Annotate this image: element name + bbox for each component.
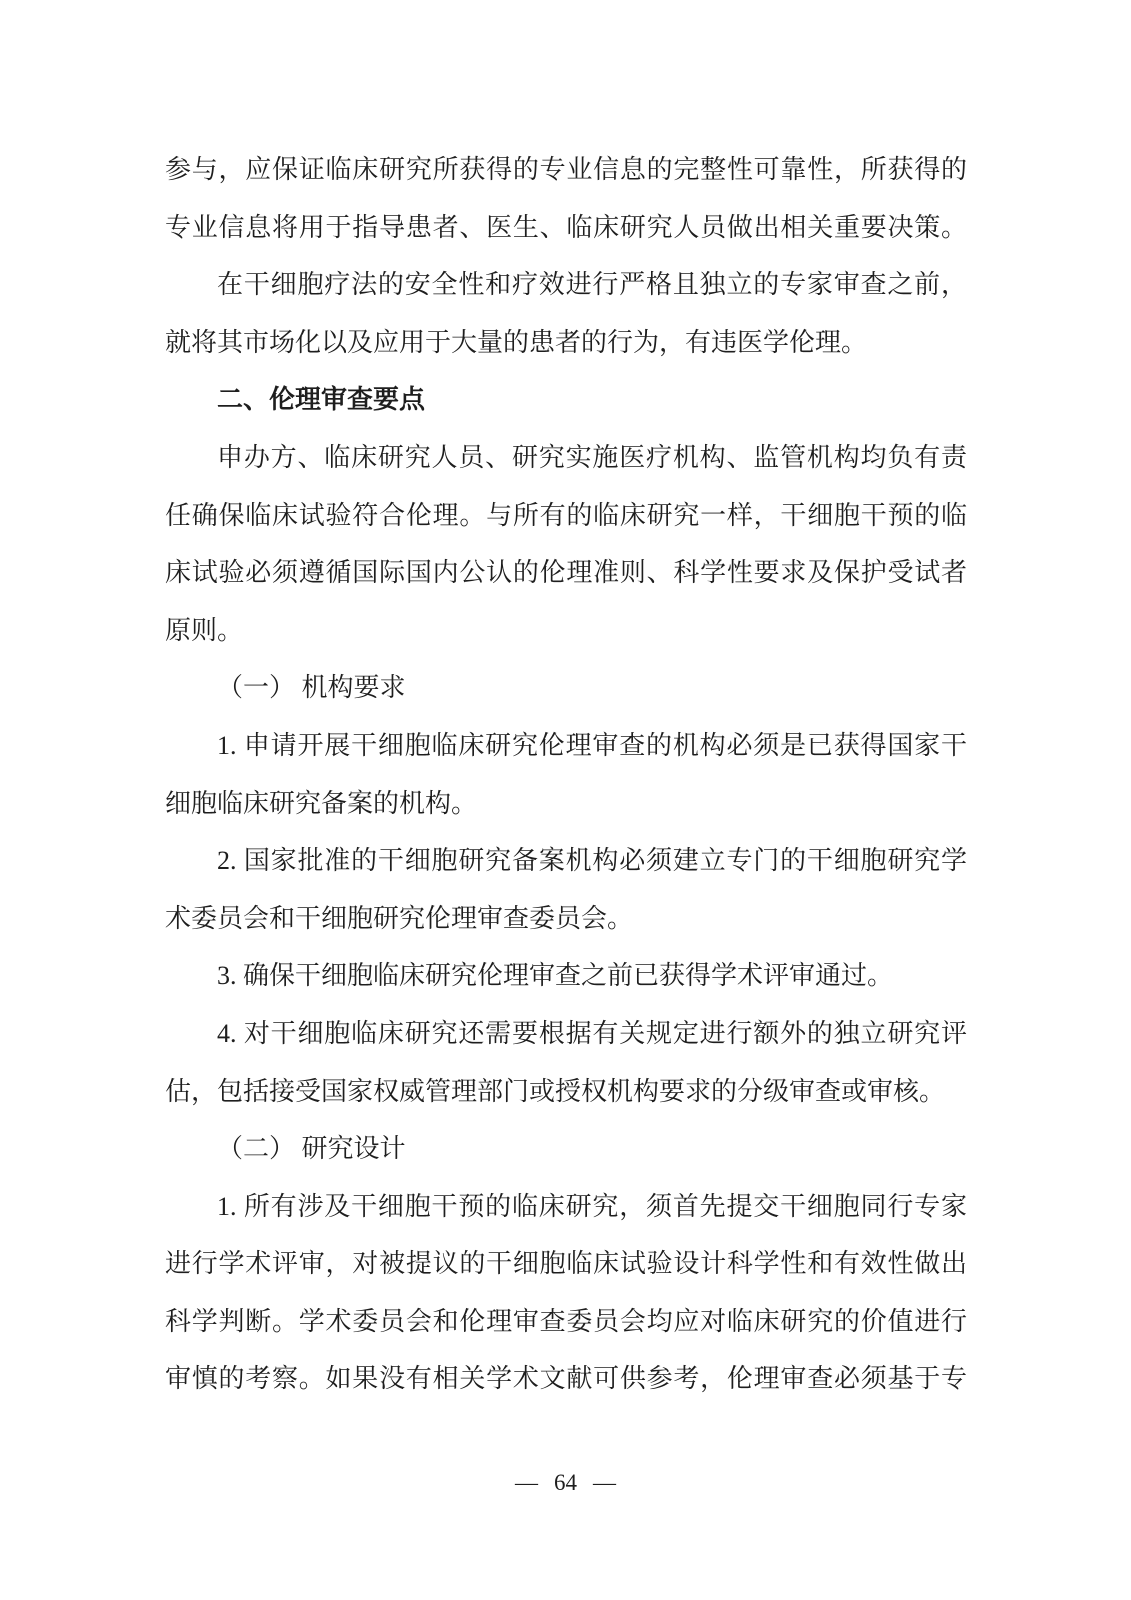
body-line: 细胞临床研究备案的机构。 [165, 775, 967, 833]
subsection-heading: （二） 研究设计 [165, 1120, 967, 1178]
body-line: 科学判断。学术委员会和伦理审查委员会均应对临床研究的价值进行 [165, 1293, 967, 1351]
numbered-item-line: 1. 所有涉及干细胞干预的临床研究，须首先提交干细胞同行专家 [165, 1178, 967, 1236]
body-line: 申办方、临床研究人员、研究实施医疗机构、监管机构均负有责 [165, 429, 967, 487]
numbered-item-line: 3. 确保干细胞临床研究伦理审查之前已获得学术评审通过。 [165, 947, 967, 1005]
numbered-item-line: 2. 国家批准的干细胞研究备案机构必须建立专门的干细胞研究学 [165, 832, 967, 890]
body-line: 专业信息将用于指导患者、医生、临床研究人员做出相关重要决策。 [165, 199, 967, 257]
body-line: 床试验必须遵循国际国内公认的伦理准则、科学性要求及保护受试者 [165, 544, 967, 602]
subsection-heading: （一） 机构要求 [165, 659, 967, 717]
page-body: 参与，应保证临床研究所获得的专业信息的完整性可靠性，所获得的 专业信息将用于指导… [165, 141, 967, 1408]
page-number: 64 [554, 1465, 577, 1501]
footer-dash-left: — [515, 1470, 538, 1495]
numbered-item-line: 4. 对干细胞临床研究还需要根据有关规定进行额外的独立研究评 [165, 1005, 967, 1063]
body-line: 术委员会和干细胞研究伦理审查委员会。 [165, 890, 967, 948]
body-line: 在干细胞疗法的安全性和疗效进行严格且独立的专家审查之前， [165, 256, 967, 314]
numbered-item-line: 1. 申请开展干细胞临床研究伦理审查的机构必须是已获得国家干 [165, 717, 967, 775]
body-line: 进行学术评审，对被提议的干细胞临床试验设计科学性和有效性做出 [165, 1235, 967, 1293]
footer-dash-right: — [593, 1470, 616, 1495]
body-line: 审慎的考察。如果没有相关学术文献可供参考，伦理审查必须基于专 [165, 1350, 967, 1408]
body-line: 就将其市场化以及应用于大量的患者的行为，有违医学伦理。 [165, 314, 967, 372]
section-heading: 二、伦理审查要点 [165, 371, 967, 429]
body-line: 任确保临床试验符合伦理。与所有的临床研究一样，干细胞干预的临 [165, 487, 967, 545]
body-line: 估，包括接受国家权威管理部门或授权机构要求的分级审查或审核。 [165, 1063, 967, 1121]
body-line: 原则。 [165, 602, 967, 660]
document-page: 参与，应保证临床研究所获得的专业信息的完整性可靠性，所获得的 专业信息将用于指导… [0, 0, 1131, 1600]
page-footer: —64— [0, 1465, 1131, 1501]
body-line: 参与，应保证临床研究所获得的专业信息的完整性可靠性，所获得的 [165, 141, 967, 199]
